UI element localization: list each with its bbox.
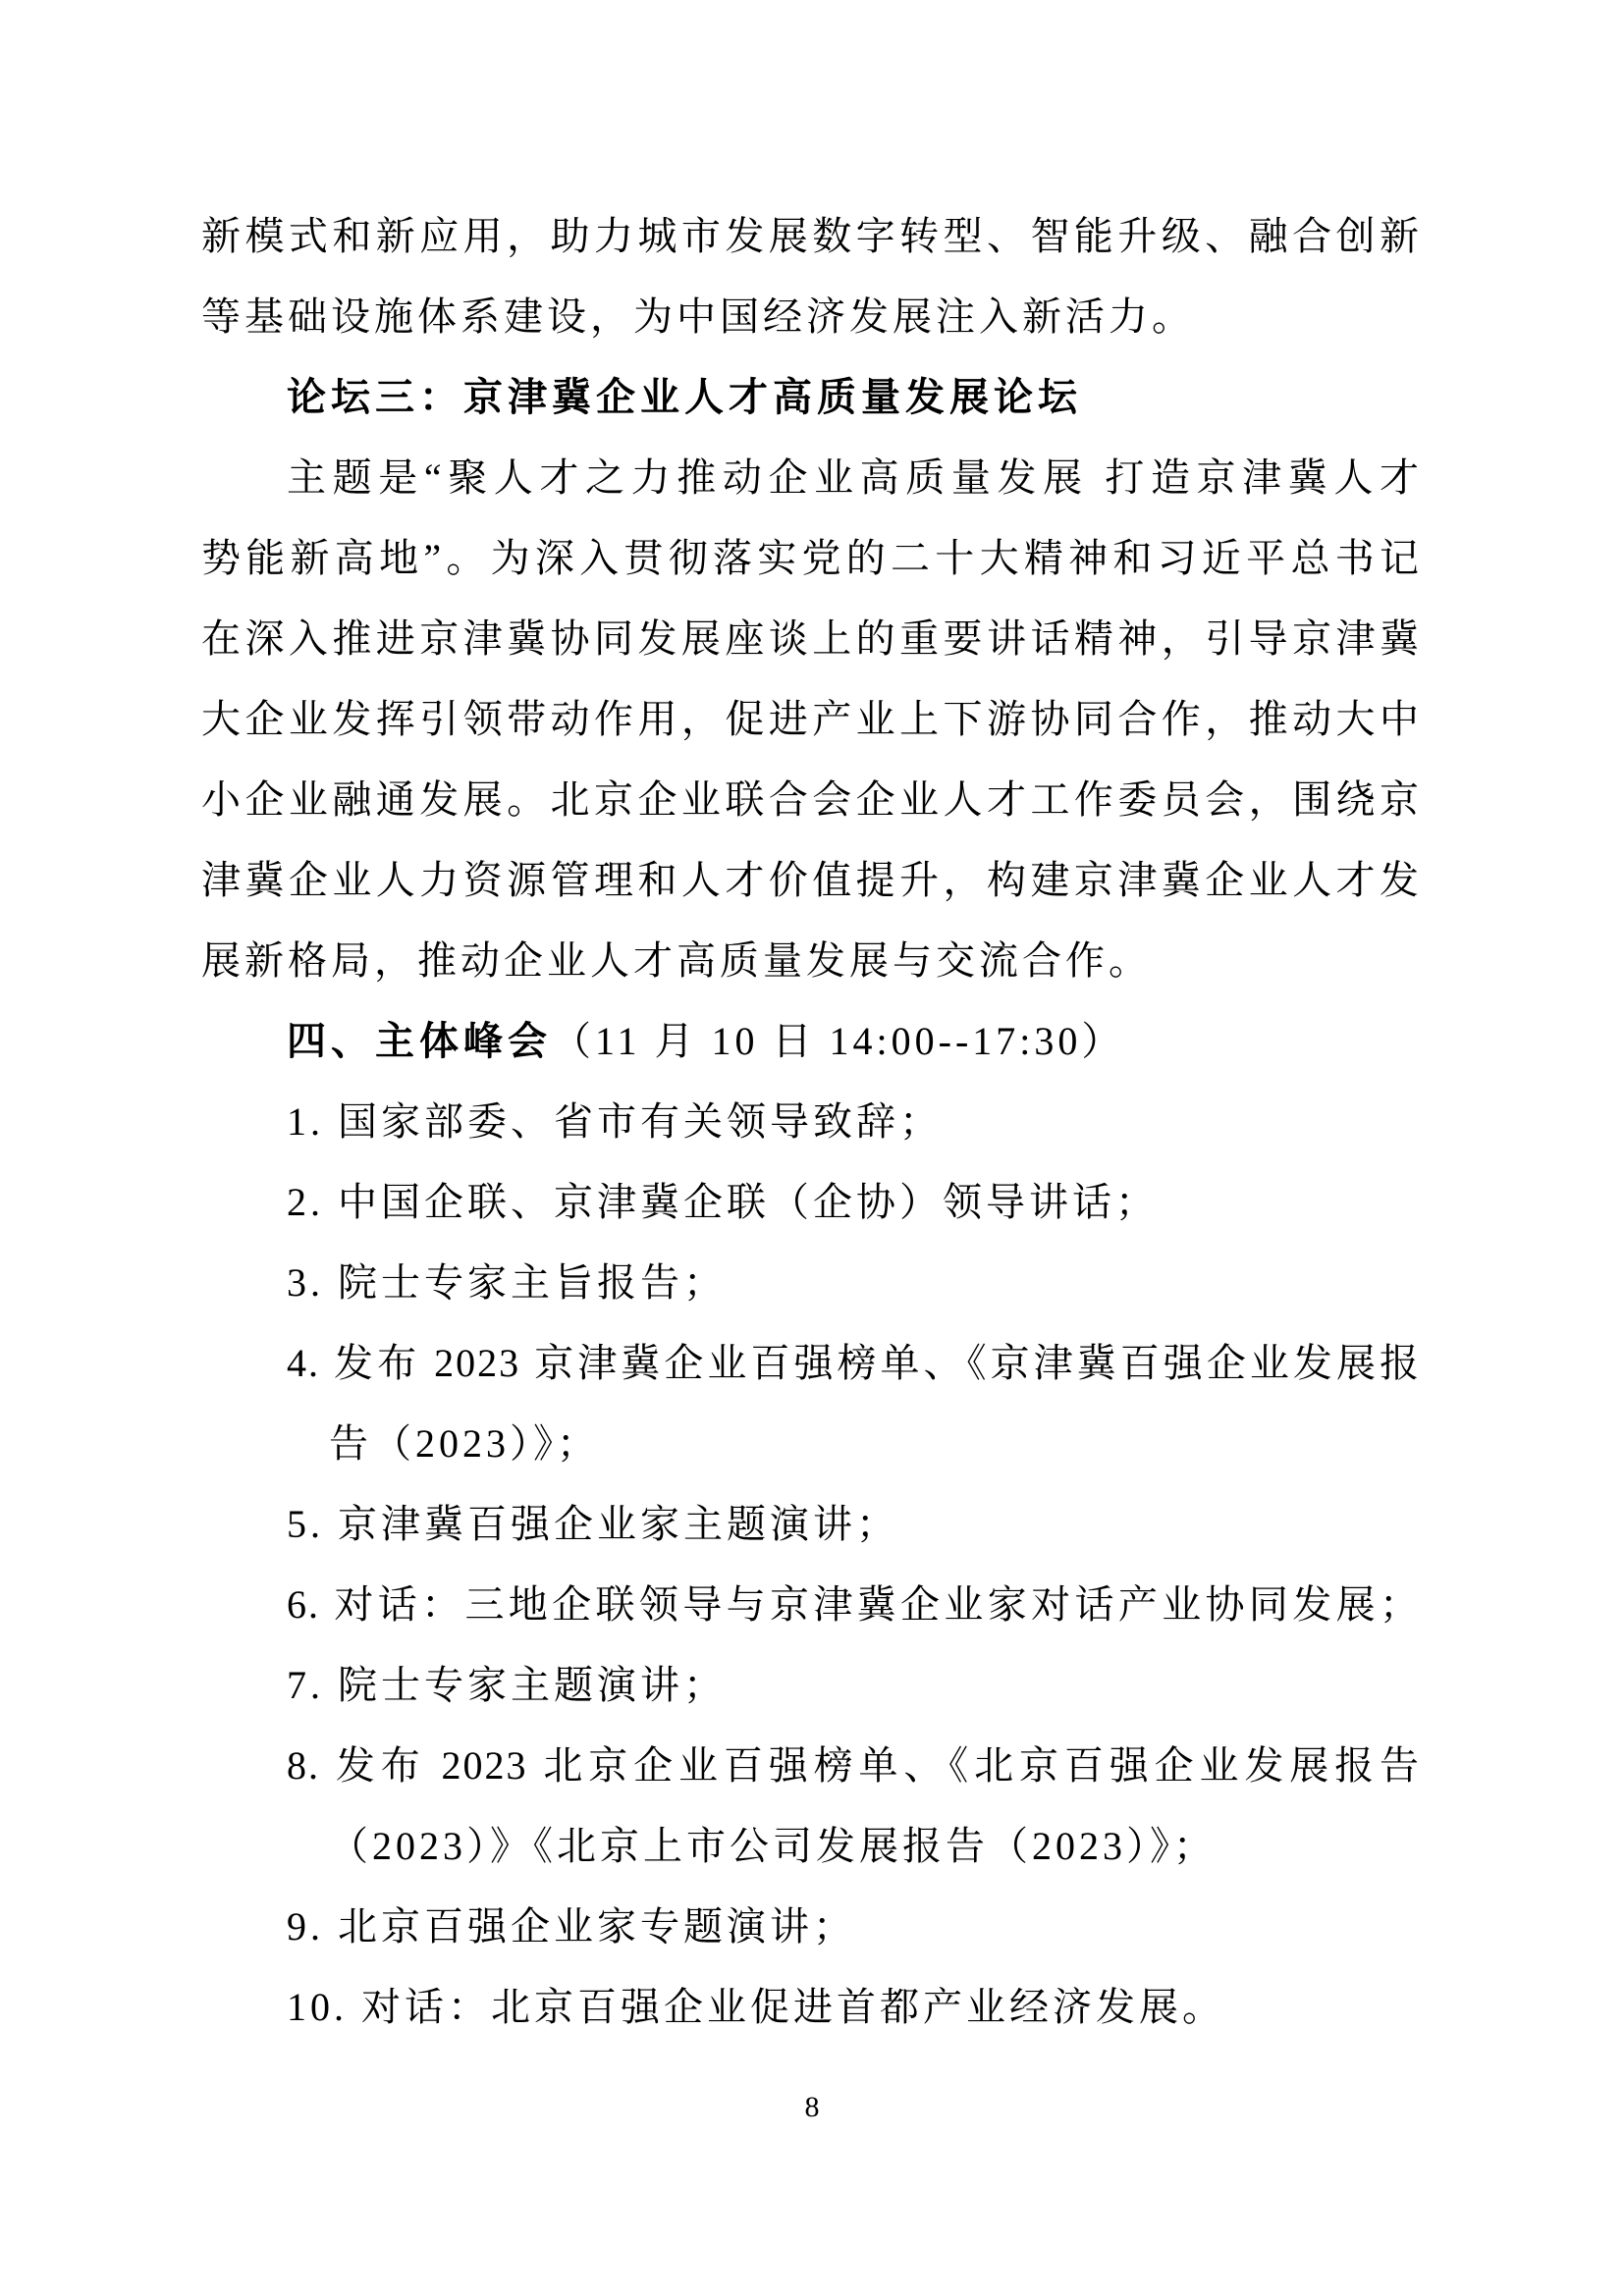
text-line: 5. 京津冀百强企业家主题演讲； [287,1502,899,1547]
text-line: 7. 院士专家主题演讲； [287,1663,727,1708]
heading-schedule-text: （11 月 10 日 14:00--17:30） [552,1019,1124,1063]
document-page: 新模式和新应用，助力城市发展数字转型、智能升级、融合创新等基础设施体系建设，为中… [0,0,1624,2296]
text-line: 8. 发布 2023 北京企业百强榜单、《北京百强企业发展报告 [287,1743,1421,1789]
page-number: 8 [0,2091,1624,2124]
text-line: 2. 中国企联、京津冀企联（企协）领导讲话； [287,1180,1159,1225]
text-line: 6. 对话：三地企联领导与京津冀企业家对话产业协同发展； [287,1582,1421,1628]
text-line: 告（2023）》； [329,1421,600,1467]
text-line: 1. 国家部委、省市有关领导致辞； [287,1099,943,1145]
text-line: 9. 北京百强企业家专题演讲； [287,1904,856,1949]
text-line: 大企业发挥引领带动作用，促进产业上下游协同合作，推动大中 [201,697,1421,742]
text-line: （2023）》《北京上市公司发展报告（2023）》； [329,1824,1217,1869]
heading-line: 四、主体峰会（11 月 10 日 14:00--17:30） [287,1019,1124,1064]
heading-line: 论坛三：京津冀企业人才高质量发展论坛 [287,375,1082,420]
text-line: 津冀企业人力资源管理和人才价值提升，构建京津冀企业人才发 [201,858,1421,903]
text-line: 10. 对话：北京百强企业促进首都产业经济发展。 [287,1985,1225,2030]
text-line: 在深入推进京津冀协同发展座谈上的重要讲话精神，引导京津冀 [201,616,1421,662]
text-line: 3. 院士专家主旨报告； [287,1260,727,1306]
text-line: 小企业融通发展。北京企业联合会企业人才工作委员会，围绕京 [201,777,1421,823]
heading-bold-text: 四、主体峰会 [287,1019,552,1063]
text-line: 4. 发布 2023 京津冀企业百强榜单、《京津冀百强企业发展报 [287,1341,1421,1386]
text-line: 新模式和新应用，助力城市发展数字转型、智能升级、融合创新 [201,214,1421,259]
text-line: 主题是“聚人才之力推动企业高质量发展 打造京津冀人才 [287,455,1421,501]
text-line: 势能新高地”。为深入贯彻落实党的二十大精神和习近平总书记 [201,536,1421,581]
text-line: 等基础设施体系建设，为中国经济发展注入新活力。 [201,294,1195,340]
text-line: 展新格局，推动企业人才高质量发展与交流合作。 [201,938,1152,984]
